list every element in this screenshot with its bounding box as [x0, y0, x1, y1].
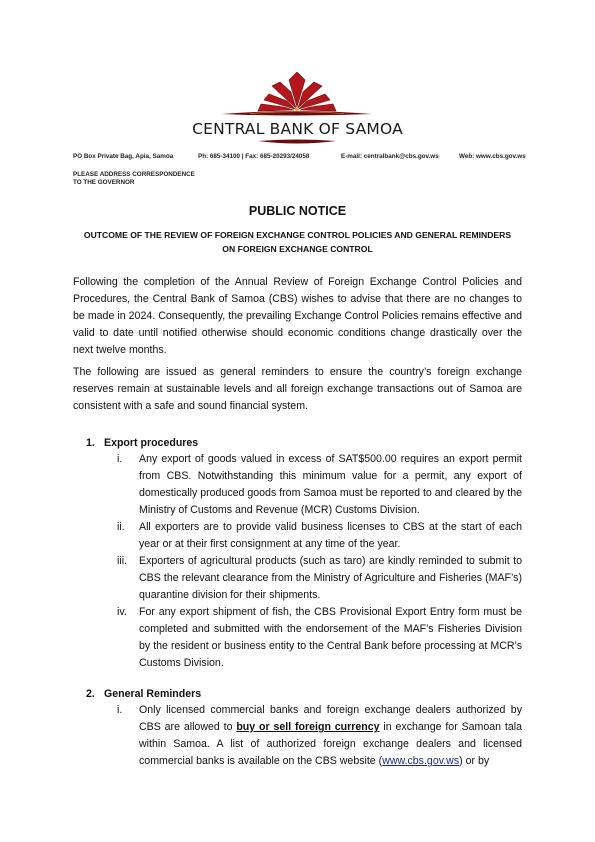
emphasis-buy-sell-currency: buy or sell foreign currency — [236, 721, 379, 733]
item-text: Exporters of agricultural products (such… — [139, 553, 522, 604]
intro-paragraph: Following the completion of the Annual R… — [73, 274, 522, 359]
item-numeral: iii. — [117, 553, 139, 570]
correspondence-line-1: PLEASE ADDRESS CORRESPONDENCE — [73, 171, 195, 178]
section-export-procedures: 1.Export procedures — [86, 437, 198, 449]
correspondence-line-2: TO THE GOVERNOR — [73, 179, 134, 186]
item-numeral: i. — [117, 702, 139, 719]
subtitle-line-2: ON FOREIGN EXCHANGE CONTROL — [60, 242, 535, 256]
bank-name: CENTRAL BANK OF SAMOA — [0, 120, 595, 138]
item-numeral: ii. — [117, 519, 139, 536]
list-item: ii. All exporters are to provide valid b… — [117, 519, 522, 553]
section-number: 1. — [86, 437, 104, 449]
list-item: iv. For any export shipment of fish, the… — [117, 604, 522, 672]
item-numeral: iv. — [117, 604, 139, 621]
section-heading: Export procedures — [104, 437, 198, 449]
section-general-reminders: 2.General Reminders — [86, 688, 201, 700]
contact-line: PO Box Private Bag, Apia, Samoa Ph: 685-… — [73, 153, 543, 160]
item-text: For any export shipment of fish, the CBS… — [139, 604, 522, 672]
item-text: All exporters are to provide valid busin… — [139, 519, 522, 553]
letterhead-logo: CENTRAL BANK OF SAMOA — [0, 0, 595, 150]
item-text: Only licensed commercial banks and forei… — [139, 702, 522, 770]
website[interactable]: Web: www.cbs.gov.ws — [459, 153, 526, 160]
section-number: 2. — [86, 688, 104, 700]
subtitle-line-1: OUTCOME OF THE REVIEW OF FOREIGN EXCHANG… — [60, 228, 535, 242]
list-item: i. Any export of goods valued in excess … — [117, 451, 522, 519]
list-item: i. Only licensed commercial banks and fo… — [117, 702, 522, 770]
email-address[interactable]: E-mail: centralbank@cbs.gov.ws — [341, 153, 459, 160]
reminders-intro-paragraph: The following are issued as general remi… — [73, 364, 522, 415]
phone-fax: Ph: 685-34100 | Fax: 685-20293/24058 — [198, 153, 341, 160]
cbs-website-link[interactable]: www.cbs.gov.ws — [382, 755, 459, 767]
item-text-part: ) or by — [459, 755, 489, 767]
notice-subtitle: OUTCOME OF THE REVIEW OF FOREIGN EXCHANG… — [60, 228, 535, 256]
postal-address: PO Box Private Bag, Apia, Samoa — [73, 153, 198, 160]
section-heading: General Reminders — [104, 688, 201, 700]
list-item: iii. Exporters of agricultural products … — [117, 553, 522, 604]
item-numeral: i. — [117, 451, 139, 468]
item-text: Any export of goods valued in excess of … — [139, 451, 522, 519]
notice-title: PUBLIC NOTICE — [0, 204, 595, 218]
